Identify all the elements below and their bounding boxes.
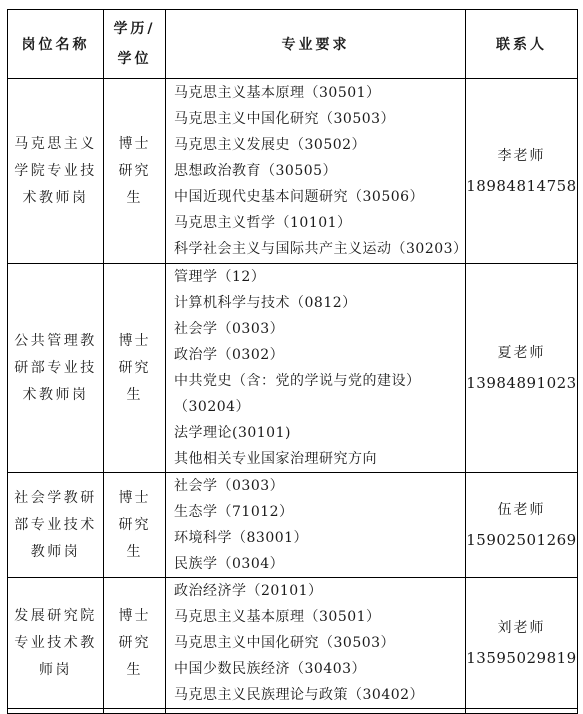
major-line: 马克思主义民族理论与政策（30402） xyxy=(174,682,461,697)
major-line: 马克思主义中国化研究（30503） xyxy=(174,630,461,656)
table-row: 发展研究院专业技术教师岗 博士研究生 政治经济学（20101）马克思主义基本原理… xyxy=(8,578,578,698)
contact-name: 刘老师 xyxy=(466,613,577,643)
major-line: 生态学（71012） xyxy=(174,499,461,525)
header-contact-label: 联系人 xyxy=(496,37,547,53)
position-cell: 社会学教研部专业技术教师岗 xyxy=(8,473,104,578)
contact-phone: 15902501269 xyxy=(466,525,577,555)
major-line: 其他相关专业国家治理研究方向 xyxy=(174,446,461,472)
header-contact: 联系人 xyxy=(466,10,578,79)
major-line: 环境科学（83001） xyxy=(174,525,461,551)
header-majors: 专业要求 xyxy=(166,10,466,79)
major-line: 马克思主义基本原理（30501） xyxy=(174,80,461,106)
contact-name: 李老师 xyxy=(466,141,577,171)
major-line: 政治经济学（20101） xyxy=(174,578,461,604)
major-line: 马克思主义中国化研究（30503） xyxy=(174,106,461,132)
major-line: 马克思主义基本原理（30501） xyxy=(174,604,461,630)
majors-cell: 马克思主义基本原理（30501）马克思主义中国化研究（30503）马克思主义发展… xyxy=(166,79,466,264)
contact-name: 伍老师 xyxy=(466,495,577,525)
majors-list: 马克思主义基本原理（30501）马克思主义中国化研究（30503）马克思主义发展… xyxy=(174,80,461,262)
majors-cell: 政治经济学（20101）马克思主义基本原理（30501）马克思主义中国化研究（3… xyxy=(166,578,466,698)
degree-requirement: 博士研究生 xyxy=(119,490,151,560)
degree-cell: 博士研究生 xyxy=(104,79,166,264)
major-line: 计算机科学与技术（0812） xyxy=(174,290,461,316)
table-row: 社会学教研部专业技术教师岗 博士研究生 社会学（0303）生态学（71012）环… xyxy=(8,473,578,578)
degree-requirement: 博士研究生 xyxy=(119,333,151,403)
table-row: 马克思主义学院专业技术教师岗 博士研究生 马克思主义基本原理（30501）马克思… xyxy=(8,79,578,264)
major-line: 管理学（12） xyxy=(174,264,461,290)
major-line: 中国近现代史基本问题研究（30506） xyxy=(174,184,461,210)
degree-requirement: 博士研究生 xyxy=(119,136,151,206)
contact-cell: 李老师 18984814758 xyxy=(466,79,578,264)
major-line: 中国少数民族经济（30403） xyxy=(174,656,461,682)
header-degree-line2: 学位 xyxy=(104,44,165,74)
position-name: 公共管理教研部专业技术教师岗 xyxy=(14,333,97,403)
position-name: 发展研究院专业技术教师岗 xyxy=(14,608,97,678)
header-degree: 学历/ 学位 xyxy=(104,10,166,79)
degree-cell: 博士研究生 xyxy=(104,264,166,473)
degree-requirement: 博士研究生 xyxy=(119,608,151,678)
major-line: 马克思主义哲学（10101） xyxy=(174,210,461,236)
degree-cell: 博士研究生 xyxy=(104,578,166,698)
major-line: 中共党史（含：党的学说与党的建设）（30204） xyxy=(174,368,461,420)
recruitment-positions-table: 岗位名称 学历/ 学位 专业要求 联系人 马克思主义学院专业技术教师岗 博士研究… xyxy=(7,9,578,697)
major-line: 社会学（0303） xyxy=(174,473,461,499)
major-line: 马克思主义发展史（30502） xyxy=(174,132,461,158)
contact-cell: 刘老师 13595029819 xyxy=(466,578,578,698)
position-cell: 马克思主义学院专业技术教师岗 xyxy=(8,79,104,264)
contact-cell: 伍老师 15902501269 xyxy=(466,473,578,578)
header-degree-line1: 学历/ xyxy=(104,14,165,44)
table-body: 马克思主义学院专业技术教师岗 博士研究生 马克思主义基本原理（30501）马克思… xyxy=(8,79,578,698)
major-line: 政治学（0302） xyxy=(174,342,461,368)
majors-list: 政治经济学（20101）马克思主义基本原理（30501）马克思主义中国化研究（3… xyxy=(174,578,461,697)
table-header: 岗位名称 学历/ 学位 专业要求 联系人 xyxy=(8,10,578,79)
majors-cell: 管理学（12）计算机科学与技术（0812）社会学（0303）政治学（0302）中… xyxy=(166,264,466,473)
header-majors-label: 专业要求 xyxy=(282,37,350,53)
contact-phone: 18984814758 xyxy=(466,171,577,201)
major-line: 法学理论(30101) xyxy=(174,420,461,446)
position-cell: 发展研究院专业技术教师岗 xyxy=(8,578,104,698)
header-row: 岗位名称 学历/ 学位 专业要求 联系人 xyxy=(8,10,578,79)
majors-list: 社会学（0303）生态学（71012）环境科学（83001）民族学（0304） xyxy=(174,473,461,577)
contact-phone: 13984891023 xyxy=(466,368,577,398)
header-position: 岗位名称 xyxy=(8,10,104,79)
position-cell: 公共管理教研部专业技术教师岗 xyxy=(8,264,104,473)
major-line: 科学社会主义与国际共产主义运动（30203） xyxy=(174,236,461,262)
major-line: 思想政治教育（30505） xyxy=(174,158,461,184)
degree-cell: 博士研究生 xyxy=(104,473,166,578)
position-name: 马克思主义学院专业技术教师岗 xyxy=(14,136,97,206)
majors-list: 管理学（12）计算机科学与技术（0812）社会学（0303）政治学（0302）中… xyxy=(174,264,461,472)
contact-cell: 夏老师 13984891023 xyxy=(466,264,578,473)
header-position-label: 岗位名称 xyxy=(22,37,90,53)
major-line: 社会学（0303） xyxy=(174,316,461,342)
position-name: 社会学教研部专业技术教师岗 xyxy=(14,490,97,560)
majors-cell: 社会学（0303）生态学（71012）环境科学（83001）民族学（0304） xyxy=(166,473,466,578)
contact-name: 夏老师 xyxy=(466,338,577,368)
major-line: 民族学（0304） xyxy=(174,551,461,577)
contact-phone: 13595029819 xyxy=(466,643,577,673)
table-row: 公共管理教研部专业技术教师岗 博士研究生 管理学（12）计算机科学与技术（081… xyxy=(8,264,578,473)
